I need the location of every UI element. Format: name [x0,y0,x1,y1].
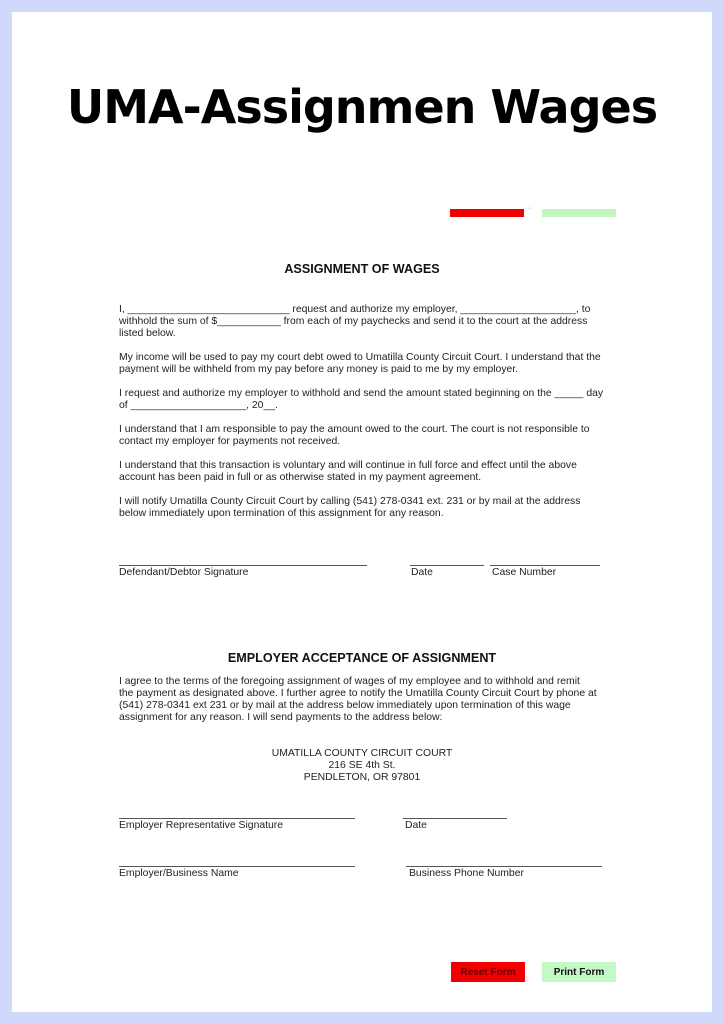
text-line: (541) 278-0341 ext 231 or by mail at the… [119,700,571,711]
court-city: PENDLETON, OR 97801 [0,772,724,784]
debtor-date-field[interactable] [410,565,484,566]
court-name: UMATILLA COUNTY CIRCUIT COURT [0,748,724,760]
court-address: UMATILLA COUNTY CIRCUIT COURT 216 SE 4th… [0,748,724,784]
text-line: I, ____________________________ request … [119,304,590,315]
text-line: I understand that I am responsible to pa… [119,424,590,435]
text-line: I request and authorize my employer to w… [119,388,603,399]
paragraph-voluntary: I understand that this transaction is vo… [119,460,611,484]
text-line: contact my employer for payments not rec… [119,436,340,447]
text-line: I will notify Umatilla County Circuit Co… [119,496,580,507]
reset-form-button[interactable]: Reset Form [451,962,525,982]
text-line: My income will be used to pay my court d… [119,352,601,363]
employer-heading: EMPLOYER ACCEPTANCE OF ASSIGNMENT [0,651,724,665]
court-street: 216 SE 4th St. [0,760,724,772]
paragraph-start-date: I request and authorize my employer to w… [119,388,611,412]
case-number-field[interactable] [490,565,600,566]
print-form-button-top[interactable] [542,209,616,217]
employer-date-label: Date [405,820,427,831]
business-name-label: Employer/Business Name [119,868,239,879]
paragraph-authorization: I, ____________________________ request … [119,304,611,340]
form-heading: ASSIGNMENT OF WAGES [0,262,724,276]
debtor-signature-label: Defendant/Debtor Signature [119,567,248,578]
text-line: the payment as designated above. I furth… [119,688,597,699]
text-line: listed below. [119,328,176,339]
business-phone-label: Business Phone Number [409,868,524,879]
employer-rep-signature-field[interactable] [119,818,355,819]
text-line: I agree to the terms of the foregoing as… [119,676,580,687]
text-line: of ____________________, 20__. [119,400,278,411]
paragraph-income: My income will be used to pay my court d… [119,352,611,376]
text-line: assignment for any reason. I will send p… [119,712,442,723]
debtor-signature-field[interactable] [119,565,367,566]
text-line: withhold the sum of $___________ from ea… [119,316,587,327]
print-form-button[interactable]: Print Form [542,962,616,982]
case-number-label: Case Number [492,567,556,578]
debtor-date-label: Date [411,567,433,578]
business-phone-field[interactable] [406,866,602,867]
employer-rep-signature-label: Employer Representative Signature [119,820,283,831]
employer-date-field[interactable] [403,818,507,819]
paragraph-notify: I will notify Umatilla County Circuit Co… [119,496,611,520]
reset-form-button-top[interactable] [450,209,524,217]
business-name-field[interactable] [119,866,355,867]
text-line: payment will be withheld from my pay bef… [119,364,518,375]
text-line: account has been paid in full or as othe… [119,472,481,483]
paragraph-responsibility: I understand that I am responsible to pa… [119,424,611,448]
paragraph-employer-agreement: I agree to the terms of the foregoing as… [119,676,611,724]
page-title: UMA-Assignmen Wages [0,80,724,134]
text-line: below immediately upon termination of th… [119,508,444,519]
divider-dots: ··· [525,205,532,212]
text-line: I understand that this transaction is vo… [119,460,577,471]
